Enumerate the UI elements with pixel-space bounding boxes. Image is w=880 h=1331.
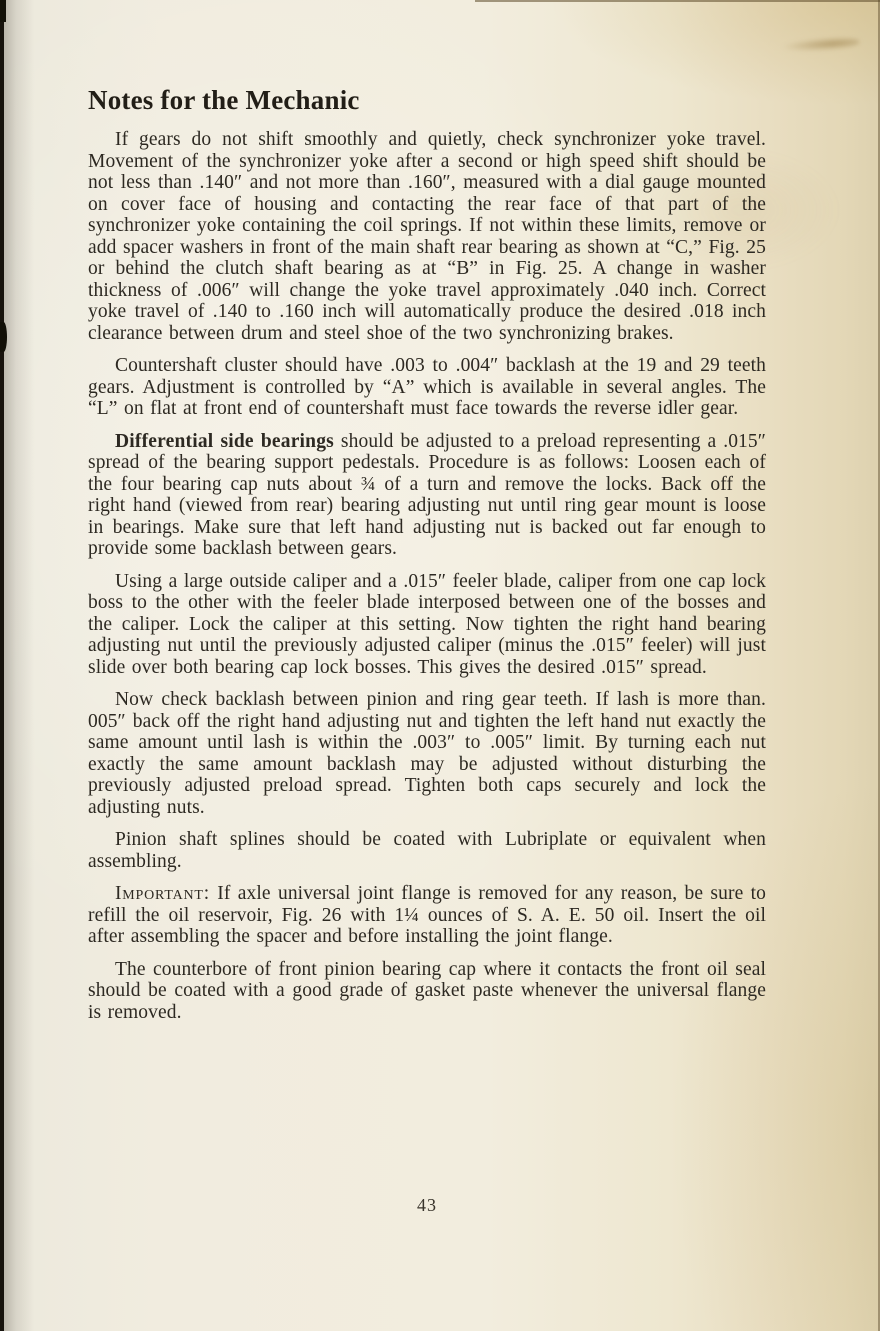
page-number: 43 bbox=[88, 1195, 766, 1216]
paragraph-backlash: Now check backlash between pinion and ri… bbox=[88, 689, 766, 818]
paragraph-countershaft: Countershaft cluster should have .003 to… bbox=[88, 355, 766, 420]
paragraph-text: Now check backlash between pinion and ri… bbox=[88, 689, 766, 818]
scan-artifact-top-left bbox=[0, 0, 6, 22]
paragraph-pinion-splines: Pinion shaft splines should be coated wi… bbox=[88, 829, 766, 872]
paragraph-text: If gears do not shift smoothly and quiet… bbox=[88, 129, 766, 344]
scanned-manual-page: Notes for the Mechanic If gears do not s… bbox=[0, 0, 880, 1331]
page-edge-top bbox=[475, 0, 880, 2]
paragraph-text: Pinion shaft splines should be coated wi… bbox=[88, 829, 766, 872]
scan-artifact-left bbox=[0, 322, 7, 352]
paragraph-differential-bearings: Differential side bearings should be adj… bbox=[88, 431, 766, 560]
paragraph-important-oil: Important: If axle universal joint flang… bbox=[88, 883, 766, 948]
paragraph-text: Using a large outside caliper and a .015… bbox=[88, 571, 766, 678]
page-title: Notes for the Mechanic bbox=[88, 84, 766, 116]
paper-stain-streak bbox=[782, 35, 861, 53]
page-body: Notes for the Mechanic If gears do not s… bbox=[88, 84, 766, 1034]
paragraph-counterbore: The counterbore of front pinion bearing … bbox=[88, 959, 766, 1024]
paragraph-lead-bold: Differential side bearings bbox=[115, 431, 334, 452]
paragraph-synchronizer-yoke: If gears do not shift smoothly and quiet… bbox=[88, 129, 766, 344]
page-edge-left bbox=[0, 0, 4, 1331]
paragraph-text: The counterbore of front pinion bearing … bbox=[88, 959, 766, 1023]
paragraph-caliper: Using a large outside caliper and a .015… bbox=[88, 571, 766, 679]
book-gutter-shadow bbox=[4, 0, 34, 1331]
paragraph-lead-smallcaps: Important: bbox=[115, 883, 210, 904]
paragraph-text: Countershaft cluster should have .003 to… bbox=[88, 355, 766, 419]
